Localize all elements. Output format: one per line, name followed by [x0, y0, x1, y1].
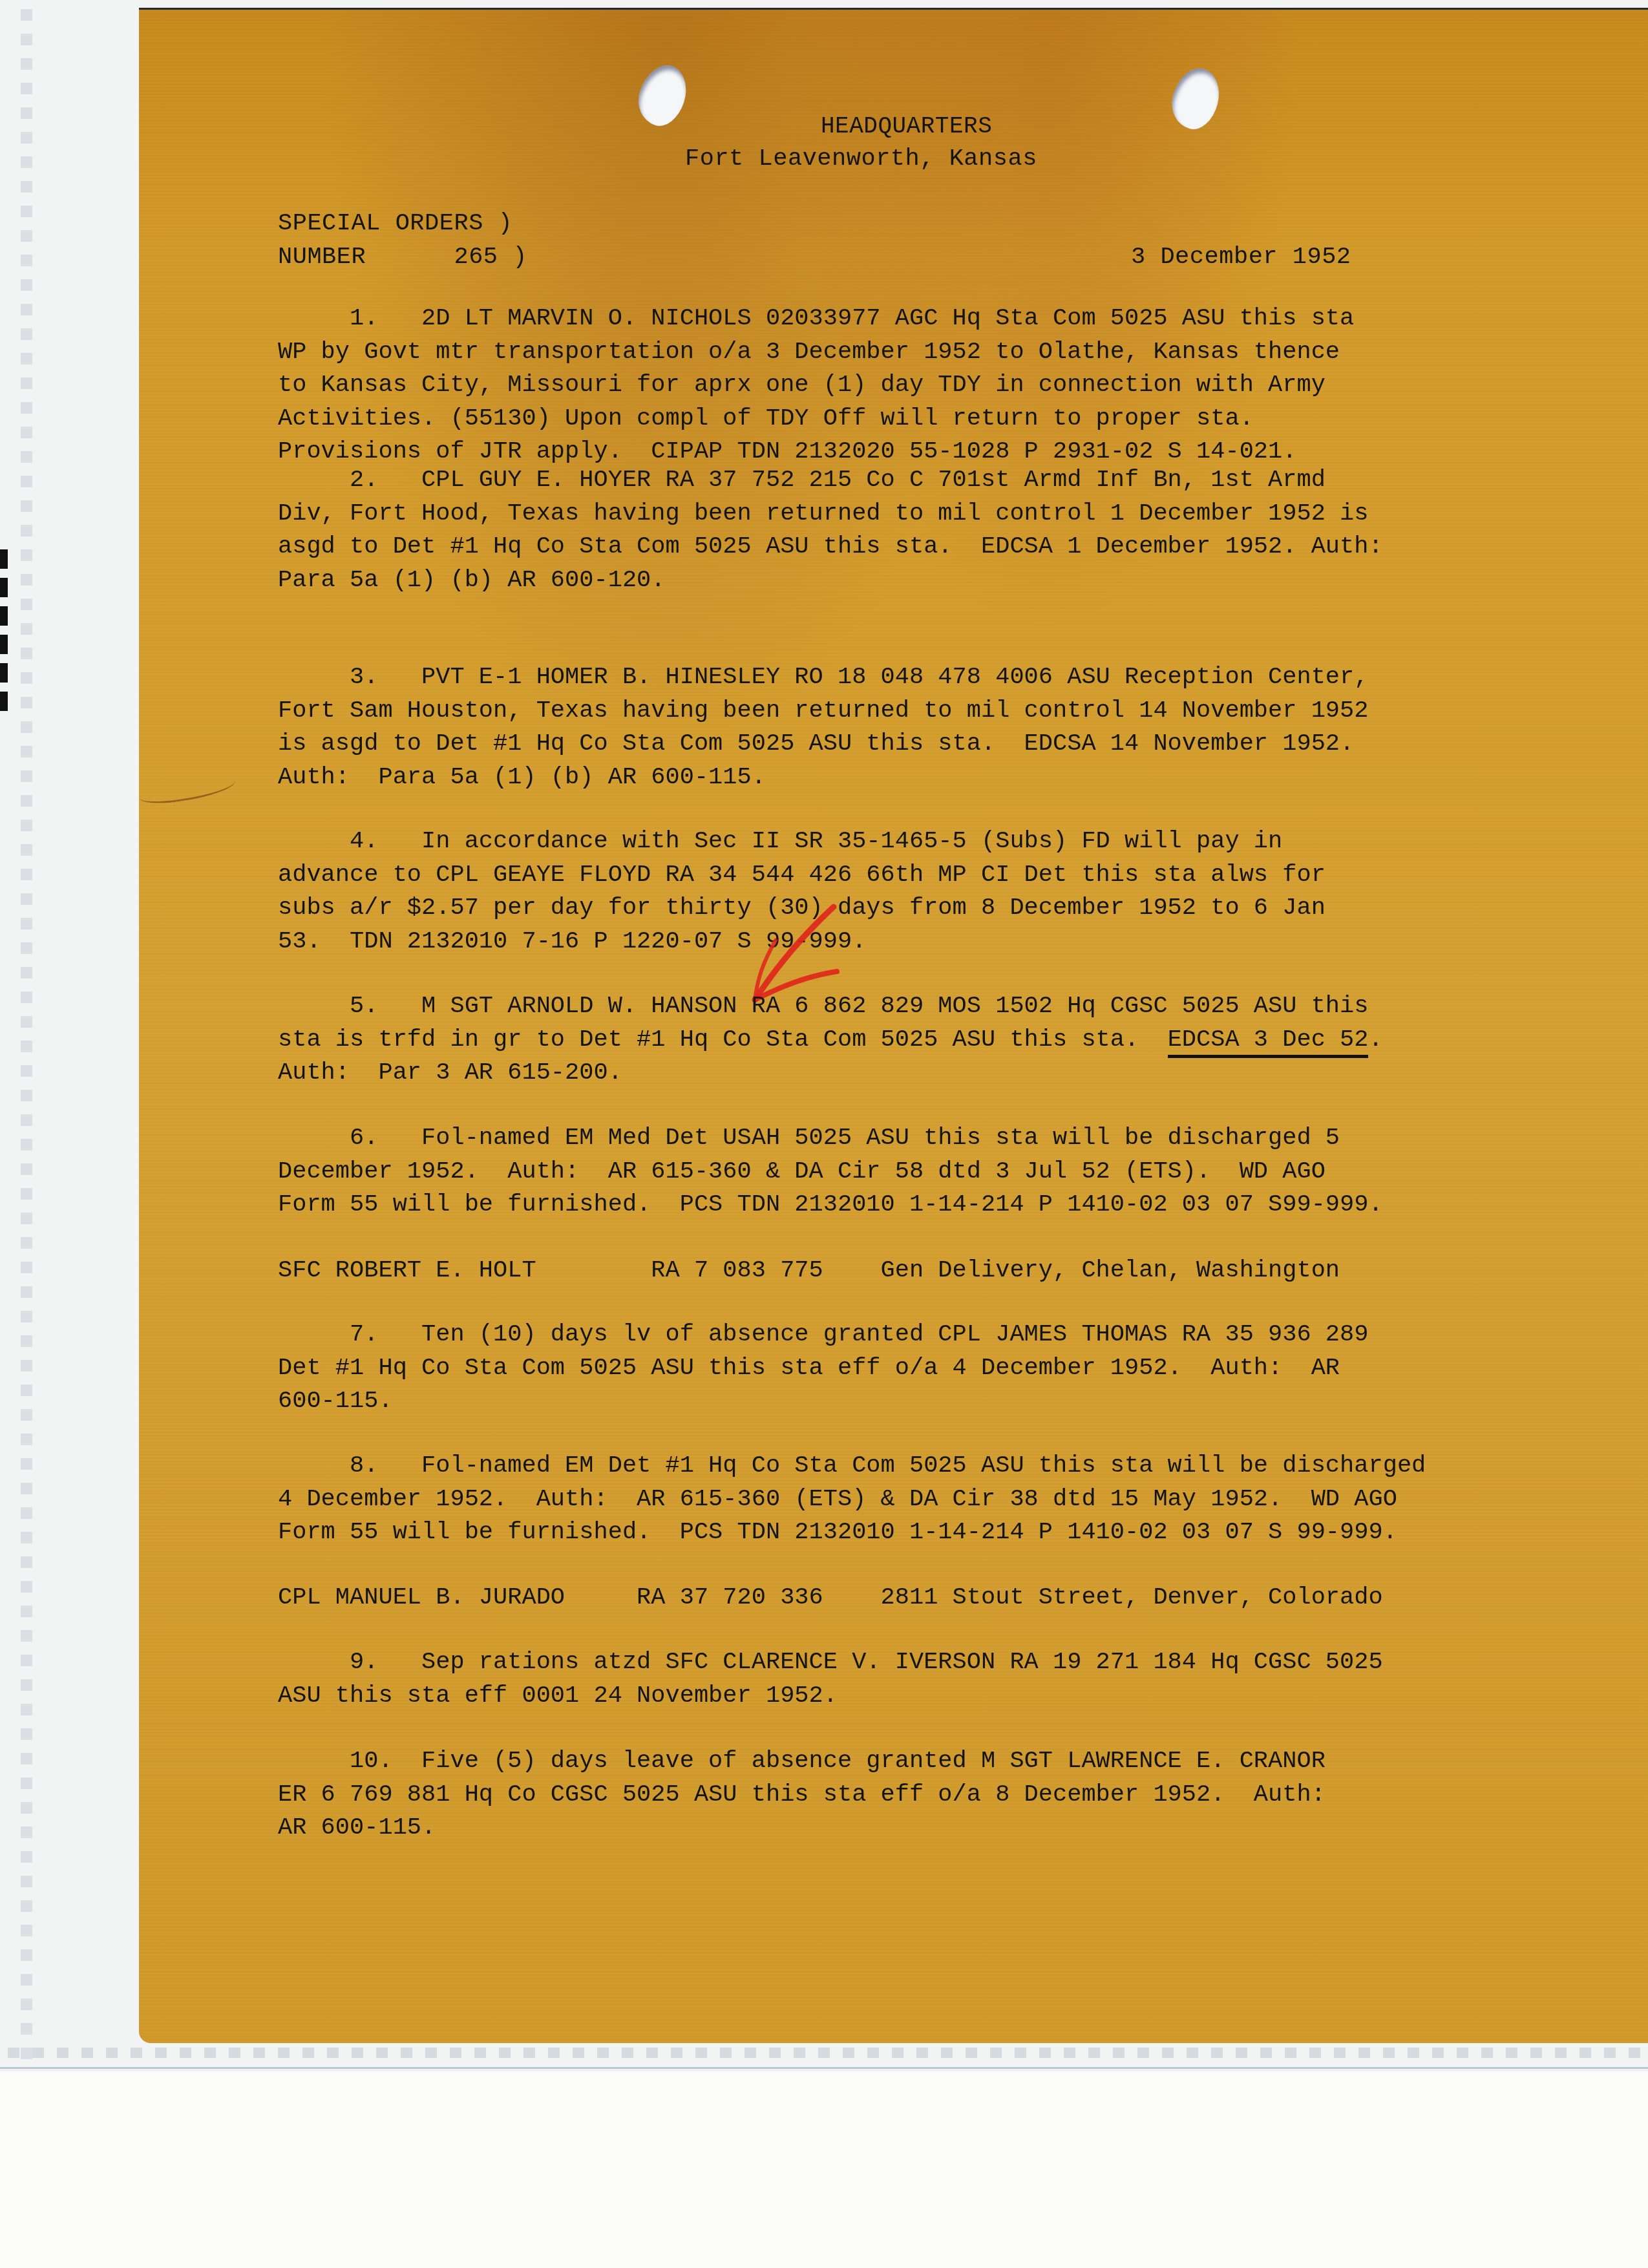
roster-entry-holt: SFC ROBERT E. HOLT RA 7 083 775 Gen Deli…: [278, 1254, 1340, 1288]
order-paragraph-10: 10. Five (5) days leave of absence grant…: [278, 1745, 1570, 1845]
paragraph-line-text: sta is trfd in gr to Det #1 Hq Co Sta Co…: [278, 1026, 1168, 1054]
paragraph-line: WP by Govt mtr transportation o/a 3 Dece…: [278, 336, 1570, 370]
paragraph-line: 2. CPL GUY E. HOYER RA 37 752 215 Co C 7…: [278, 464, 1570, 498]
roster-entry-jurado: CPL MANUEL B. JURADO RA 37 720 336 2811 …: [278, 1581, 1383, 1615]
paragraph-line: Fort Sam Houston, Texas having been retu…: [278, 695, 1570, 728]
paragraph-line: Auth: Para 5a (1) (b) AR 600-115.: [278, 761, 1570, 795]
order-paragraph-3: 3. PVT E-1 HOMER B. HINESLEY RO 18 048 4…: [278, 661, 1570, 794]
paragraph-line: to Kansas City, Missouri for aprx one (1…: [278, 369, 1570, 403]
headquarters-location: Fort Leavenworth, Kansas: [685, 142, 1037, 176]
paragraph-line: 600-115.: [278, 1385, 1570, 1419]
paragraph-line: 1. 2D LT MARVIN O. NICHOLS 02033977 AGC …: [278, 302, 1570, 336]
paragraph-line: 53. TDN 2132010 7-16 P 1220-07 S 99-999.: [278, 926, 1570, 959]
paragraph-line: Form 55 will be furnished. PCS TDN 21320…: [278, 1516, 1570, 1550]
paper-tear-mark: [138, 772, 237, 807]
order-paragraph-1: 1. 2D LT MARVIN O. NICHOLS 02033977 AGC …: [278, 302, 1570, 469]
order-paragraph-7: 7. Ten (10) days lv of absence granted C…: [278, 1319, 1570, 1419]
paragraph-line: 4 December 1952. Auth: AR 615-360 (ETS) …: [278, 1483, 1570, 1517]
paragraph-line: sta is trfd in gr to Det #1 Hq Co Sta Co…: [278, 1024, 1570, 1057]
paragraph-line: ER 6 769 881 Hq Co CGSC 5025 ASU this st…: [278, 1779, 1570, 1812]
paragraph-line: 7. Ten (10) days lv of absence granted C…: [278, 1319, 1570, 1352]
paragraph-line: is asgd to Det #1 Hq Co Sta Com 5025 ASU…: [278, 728, 1570, 761]
order-paragraph-4: 4. In accordance with Sec II SR 35-1465-…: [278, 825, 1570, 959]
order-paragraph-6: 6. Fol-named EM Med Det USAH 5025 ASU th…: [278, 1122, 1570, 1222]
edcsa-underlined-text: EDCSA 3 Dec 52: [1168, 1026, 1369, 1058]
paragraph-line: advance to CPL GEAYE FLOYD RA 34 544 426…: [278, 859, 1570, 893]
paragraph-line: 4. In accordance with Sec II SR 35-1465-…: [278, 825, 1570, 859]
paragraph-line: Para 5a (1) (b) AR 600-120.: [278, 564, 1570, 598]
paragraph-line: 9. Sep rations atzd SFC CLARENCE V. IVER…: [278, 1646, 1570, 1680]
sleeve-bottom-edge: [0, 2067, 1648, 2069]
paragraph-line: AR 600-115.: [278, 1812, 1570, 1845]
sleeve-perforation-vertical: [21, 0, 32, 2068]
order-paragraph-9: 9. Sep rations atzd SFC CLARENCE V. IVER…: [278, 1646, 1570, 1713]
special-orders-label: SPECIAL ORDERS ): [278, 207, 512, 240]
punch-hole-icon: [1166, 63, 1225, 134]
order-paragraph-2: 2. CPL GUY E. HOYER RA 37 752 215 Co C 7…: [278, 464, 1570, 597]
paragraph-line: 3. PVT E-1 HOMER B. HINESLEY RO 18 048 4…: [278, 661, 1570, 695]
order-paragraph-5: 5. M SGT ARNOLD W. HANSON RA 6 862 829 M…: [278, 990, 1570, 1090]
order-paragraph-8: 8. Fol-named EM Det #1 Hq Co Sta Com 502…: [278, 1450, 1570, 1550]
paragraph-line: 6. Fol-named EM Med Det USAH 5025 ASU th…: [278, 1122, 1570, 1156]
paragraph-line: Auth: Par 3 AR 615-200.: [278, 1057, 1570, 1090]
paragraph-line: Activities. (55130) Upon compl of TDY Of…: [278, 403, 1570, 436]
paragraph-line: 5. M SGT ARNOLD W. HANSON RA 6 862 829 M…: [278, 990, 1570, 1024]
paragraph-line: Form 55 will be furnished. PCS TDN 21320…: [278, 1189, 1570, 1222]
paragraph-line: asgd to Det #1 Hq Co Sta Com 5025 ASU th…: [278, 531, 1570, 564]
sleeve-perforation-horizontal: [0, 2048, 1648, 2058]
special-orders-number: NUMBER 265 ): [278, 240, 527, 274]
paragraph-line: Det #1 Hq Co Sta Com 5025 ASU this sta e…: [278, 1352, 1570, 1386]
paragraph-line: Div, Fort Hood, Texas having been return…: [278, 498, 1570, 531]
order-date: 3 December 1952: [1131, 240, 1351, 274]
period: .: [1368, 1026, 1382, 1054]
headquarters-title: HEADQUARTERS: [821, 110, 992, 143]
paragraph-line: December 1952. Auth: AR 615-360 & DA Cir…: [278, 1156, 1570, 1189]
punch-hole-icon: [631, 59, 693, 132]
clipped-margin-text-fragment: [0, 549, 8, 717]
paragraph-line: 8. Fol-named EM Det #1 Hq Co Sta Com 502…: [278, 1450, 1570, 1483]
paragraph-line: 10. Five (5) days leave of absence grant…: [278, 1745, 1570, 1779]
paragraph-line: ASU this sta eff 0001 24 November 1952.: [278, 1680, 1570, 1713]
paragraph-line: subs a/r $2.57 per day for thirty (30) d…: [278, 892, 1570, 926]
